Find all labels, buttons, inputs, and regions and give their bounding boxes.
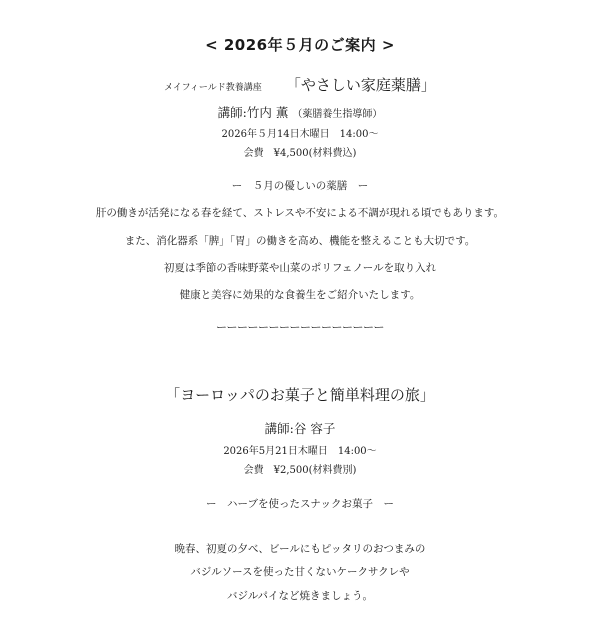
course1-subheading: ー ５月の優しいの薬膳 ー: [0, 181, 600, 192]
course1-series: メイフィールド教養講座: [164, 83, 262, 93]
course1-datetime: 2026年５月14日木曜日 14:00～: [0, 130, 600, 140]
course1-instructor: 講師:竹内 薫 （薬膳養生指導師）: [0, 107, 600, 120]
course2-body-line: 晩春、初夏の夕べ、ビールにもピッタリのおつまみの: [0, 544, 600, 555]
course2-instructor: 講師:谷 容子: [0, 423, 600, 436]
course2-fee: 会費 ¥2,500(材料費別): [0, 466, 600, 476]
course1-body-line: 健康と美容に効果的な食養生をご紹介いたします。: [0, 290, 600, 301]
course1-body-line: 肝の働きが活発になる春を経て、ストレスや不安による不調が現れる頃でもあります。: [0, 208, 600, 219]
course2-subheading: ー ハーブを使ったスナックお菓子 ー: [0, 499, 600, 510]
section-divider: ーーーーーーーーーーーーーーーー: [0, 322, 600, 333]
course1-instructor-name: 講師:竹内 薫: [218, 105, 289, 120]
course1-title: 「やさしい家庭薬膳」: [286, 76, 436, 94]
course1-instructor-role: （薬膳養生指導師）: [292, 109, 382, 120]
course2-datetime: 2026年5月21日木曜日 14:00～: [0, 447, 600, 457]
page-title: < 2026年５月のご案内 >: [0, 38, 600, 53]
course2-title: 「ヨーロッパのお菓子と簡単料理の旅」: [0, 388, 600, 403]
course1-body-line: 初夏は季節の香味野菜や山菜のポリフェノールを取り入れ: [0, 263, 600, 274]
course1-fee: 会費 ¥4,500(材料費込): [0, 149, 600, 159]
course1-heading: メイフィールド教養講座 「やさしい家庭薬膳」: [0, 77, 600, 93]
course1-body-line: また、消化器系「脾」「胃」の働きを高め、機能を整えることも大切です。: [0, 236, 600, 247]
course2-body-line: バジルソースを使った甘くないケークサクレや: [0, 567, 600, 578]
course2-body-line: バジルパイなど焼きましょう。: [0, 591, 600, 602]
